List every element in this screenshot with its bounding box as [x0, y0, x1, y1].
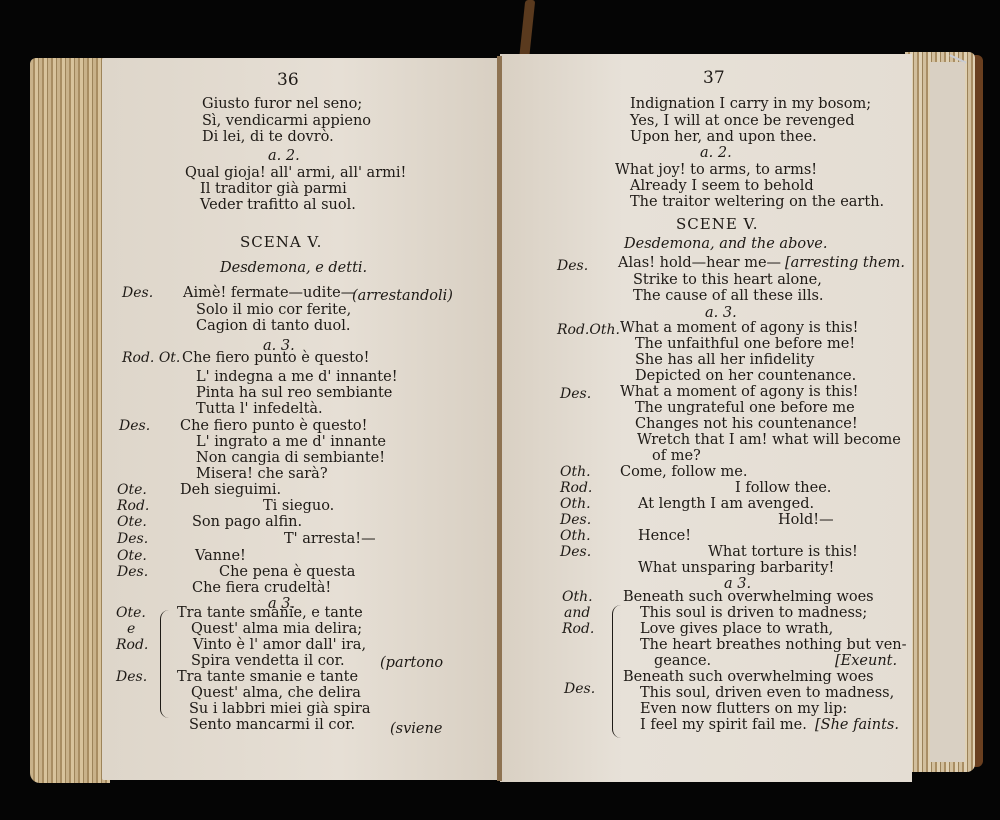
verse-line: Already I seem to behold — [630, 178, 814, 194]
verse-line: [arresting them. — [785, 255, 905, 271]
verse-line: Il traditor già parmi — [200, 181, 347, 197]
verse-line: The cause of all these ills. — [633, 288, 824, 304]
verse-line: a. 3. — [705, 305, 737, 321]
verse-line: Qual gioja! all' armi, all' armi! — [185, 165, 406, 181]
verse-line: This soul is driven to madness; — [640, 605, 867, 621]
speaker-label: Oth. — [562, 589, 593, 605]
left-page-number: 36 — [277, 70, 299, 90]
verse-line: Tutta l' infedeltà. — [196, 401, 323, 417]
left-page-block-edge — [30, 58, 110, 783]
speaker-label: Rod. Ot. — [122, 350, 180, 366]
verse-line: Su i labbri miei già spira — [189, 701, 370, 717]
verse-line: I feel my spirit fail me. — [640, 717, 807, 733]
verse-line: (arrestandoli) — [352, 288, 453, 304]
verse-line: At length I am avenged. — [638, 496, 814, 512]
verse-line: The heart breathes nothing but ven- — [640, 637, 907, 653]
speaker-label: Ote. — [117, 482, 147, 498]
speaker-label: Des. — [122, 285, 153, 301]
verse-line: Desdemona, and the above. — [624, 236, 827, 252]
verse-line: Giusto furor nel seno; — [202, 96, 362, 112]
speaker-label: Rod. — [560, 480, 592, 496]
speaker-label: Ote. — [117, 514, 147, 530]
verse-line: Desdemona, e detti. — [220, 260, 367, 276]
verse-line: Di lei, di te dovrò. — [202, 129, 334, 145]
verse-line: Hence! — [638, 528, 691, 544]
speaker-label: Des. — [116, 669, 147, 685]
right-brace — [612, 605, 621, 738]
speaker-label: Rod. — [117, 498, 149, 514]
speaker-label: Des. — [560, 386, 591, 402]
verse-line: (partono — [380, 655, 443, 671]
verse-line: Strike to this heart alone, — [633, 272, 822, 288]
verse-line: Love gives place to wrath, — [640, 621, 833, 637]
verse-line: Depicted on her countenance. — [635, 368, 856, 384]
verse-line: L' ingrato a me d' innante — [196, 434, 386, 450]
verse-line: Tra tante smanie, e tante — [177, 605, 363, 621]
verse-line: T' arresta!— — [284, 531, 376, 547]
speaker-label: Ote. — [117, 548, 147, 564]
verse-line: Even now flutters on my lip: — [640, 701, 847, 717]
verse-line: Sento mancarmi il cor. — [189, 717, 355, 733]
verse-line: [Exeunt. — [835, 653, 897, 669]
bookmark-ribbon — [519, 0, 536, 62]
inner-leaf — [930, 62, 965, 762]
verse-line: Sì, vendicarmi appieno — [202, 113, 371, 129]
verse-line: Son pago alfin. — [192, 514, 302, 530]
left-brace — [160, 610, 169, 718]
verse-line: Hold!— — [778, 512, 834, 528]
verse-line: SCENE V. — [676, 216, 759, 232]
speaker-label: Des. — [117, 564, 148, 580]
speaker-label: Rod. — [116, 637, 148, 653]
speaker-label: Des. — [560, 544, 591, 560]
verse-line: This soul, driven even to madness, — [640, 685, 894, 701]
verse-line: The traitor weltering on the earth. — [630, 194, 884, 210]
verse-line: Vinto è l' amor dall' ira, — [193, 637, 366, 653]
verse-line: Indignation I carry in my bosom; — [630, 96, 871, 112]
verse-line: Spira vendetta il cor. — [191, 653, 345, 669]
verse-line: Misera! che sarà? — [196, 466, 328, 482]
speaker-label: Des. — [564, 681, 595, 697]
verse-line: Changes not his countenance! — [635, 416, 858, 432]
verse-line: Che fiero punto è questo! — [180, 418, 368, 434]
right-page-number: 37 — [703, 68, 725, 88]
verse-line: She has all her infidelity — [635, 352, 814, 368]
verse-line: Veder trafitto al suol. — [200, 197, 356, 213]
verse-line: I follow thee. — [735, 480, 831, 496]
verse-line: What torture is this! — [708, 544, 858, 560]
verse-line: Tra tante smanie e tante — [177, 669, 358, 685]
verse-line: Wretch that I am! what will become — [637, 432, 901, 448]
verse-line: a. 2. — [700, 145, 732, 161]
verse-line: Aimè! fermate—udite— — [183, 285, 355, 301]
speaker-label: Des. — [560, 512, 591, 528]
verse-line: Beneath such overwhelming woes — [623, 589, 874, 605]
speaker-label: Oth. — [560, 496, 591, 512]
verse-line: What joy! to arms, to arms! — [615, 162, 817, 178]
verse-line: L' indegna a me d' innante! — [196, 369, 398, 385]
verse-line: Beneath such overwhelming woes — [623, 669, 874, 685]
verse-line: The unfaithful one before me! — [635, 336, 855, 352]
verse-line: What unsparing barbarity! — [638, 560, 834, 576]
verse-line: Deh sieguimi. — [180, 482, 281, 498]
speaker-label: Rod. — [562, 621, 594, 637]
verse-line: Upon her, and upon thee. — [630, 129, 817, 145]
verse-line: Pinta ha sul reo sembiante — [196, 385, 392, 401]
verse-line: Cagion di tanto duol. — [196, 318, 350, 334]
speaker-label: Des. — [119, 418, 150, 434]
verse-line: a. 2. — [268, 148, 300, 164]
verse-line: Solo il mio cor ferite, — [196, 302, 351, 318]
speaker-label: e — [127, 621, 135, 637]
verse-line: (sviene — [390, 721, 442, 737]
verse-line: of me? — [652, 448, 701, 464]
verse-line: Non cangia di sembiante! — [196, 450, 385, 466]
verse-line: Che pena è questa — [219, 564, 355, 580]
verse-line: Che fiera crudeltà! — [192, 580, 331, 596]
verse-line: Ti sieguo. — [263, 498, 334, 514]
verse-line: Che fiero punto è questo! — [182, 350, 370, 366]
speaker-label: Des. — [557, 258, 588, 274]
verse-line: Come, follow me. — [620, 464, 747, 480]
verse-line: Quest' alma mia delira; — [191, 621, 362, 637]
verse-line: geance. — [654, 653, 711, 669]
verse-line: Alas! hold—hear me— — [618, 255, 781, 271]
verse-line: What a moment of agony is this! — [620, 320, 858, 336]
verse-line: Vanne! — [195, 548, 246, 564]
speaker-label: Des. — [117, 531, 148, 547]
verse-line: What a moment of agony is this! — [620, 384, 858, 400]
speaker-label: Oth. — [560, 528, 591, 544]
speaker-label: and — [564, 605, 590, 621]
verse-line: Quest' alma, che delira — [191, 685, 361, 701]
speaker-label: Ote. — [116, 605, 146, 621]
verse-line: SCENA V. — [240, 234, 322, 250]
book-gutter — [497, 56, 502, 781]
verse-line: The ungrateful one before me — [635, 400, 855, 416]
speaker-label: Rod.Oth. — [557, 322, 620, 338]
verse-line: Yes, I will at once be revenged — [630, 113, 855, 129]
verse-line: [She faints. — [815, 717, 899, 733]
speaker-label: Oth. — [560, 464, 591, 480]
